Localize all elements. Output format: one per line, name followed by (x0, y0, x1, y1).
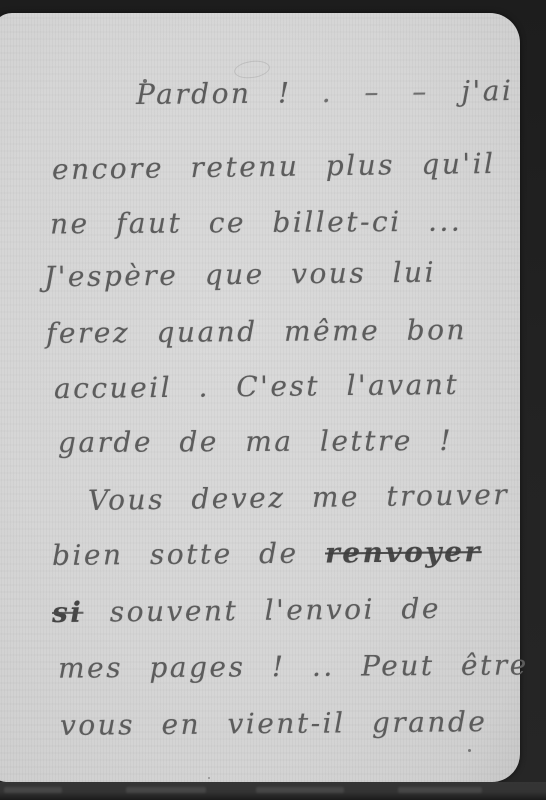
film-edge-marking (126, 787, 206, 793)
letter-text-segment: vous en vient-il grande (60, 705, 488, 742)
handwritten-letter-text: Pardon !. – –j'ai encore retenu plus qu'… (0, 0, 546, 800)
letter-text-segment: accueil . C'est l'avant (54, 368, 459, 405)
letter-line: vous en vient-il grande (60, 705, 488, 742)
microfilm-scan: Pardon !. – –j'ai encore retenu plus qu'… (0, 0, 546, 800)
letter-line: bien sotte de renvoyer (52, 535, 482, 572)
letter-text-segment: Vous devez me trouver (88, 478, 510, 517)
letter-line: accueil . C'est l'avant (54, 368, 459, 405)
crossed-out-word: si (52, 596, 84, 629)
letter-line: J'espère que vous lui (44, 256, 436, 294)
letter-text-segment: bien sotte de (52, 536, 325, 571)
letter-text-segment: . – – (321, 75, 431, 109)
letter-text-segment: Pardon ! (136, 76, 292, 111)
letter-text-segment: ne faut ce billet-ci ... (50, 205, 462, 241)
letter-line: encore retenu plus qu'il (52, 147, 496, 186)
letter-text-segment: j'ai (461, 74, 513, 108)
letter-text-segment: encore retenu plus qu'il (52, 147, 496, 186)
microfilm-edge-strip (0, 782, 546, 800)
letter-line: Vous devez me trouver (88, 478, 510, 517)
letter-line: si souvent l'envoi de (52, 592, 441, 629)
letter-line: garde de ma lettre ! (58, 424, 453, 459)
letter-line: ne faut ce billet-ci ... (50, 205, 462, 241)
letter-text-segment: J'espère que vous lui (44, 256, 436, 294)
film-edge-marking (4, 787, 62, 793)
letter-text-segment: mes pages ! .. Peut être (58, 648, 529, 684)
film-edge-marking (398, 787, 482, 793)
letter-line: Pardon !. – –j'ai (136, 74, 514, 111)
letter-line: mes pages ! .. Peut être (58, 648, 529, 684)
crossed-out-word: renvoyer (325, 535, 482, 569)
letter-text-segment: garde de ma lettre ! (58, 424, 453, 459)
letter-text-segment: souvent l'envoi de (83, 592, 441, 629)
film-edge-marking (256, 787, 344, 793)
letter-text-segment: ferez quand même bon (46, 313, 467, 350)
letter-line: ferez quand même bon (46, 313, 467, 350)
